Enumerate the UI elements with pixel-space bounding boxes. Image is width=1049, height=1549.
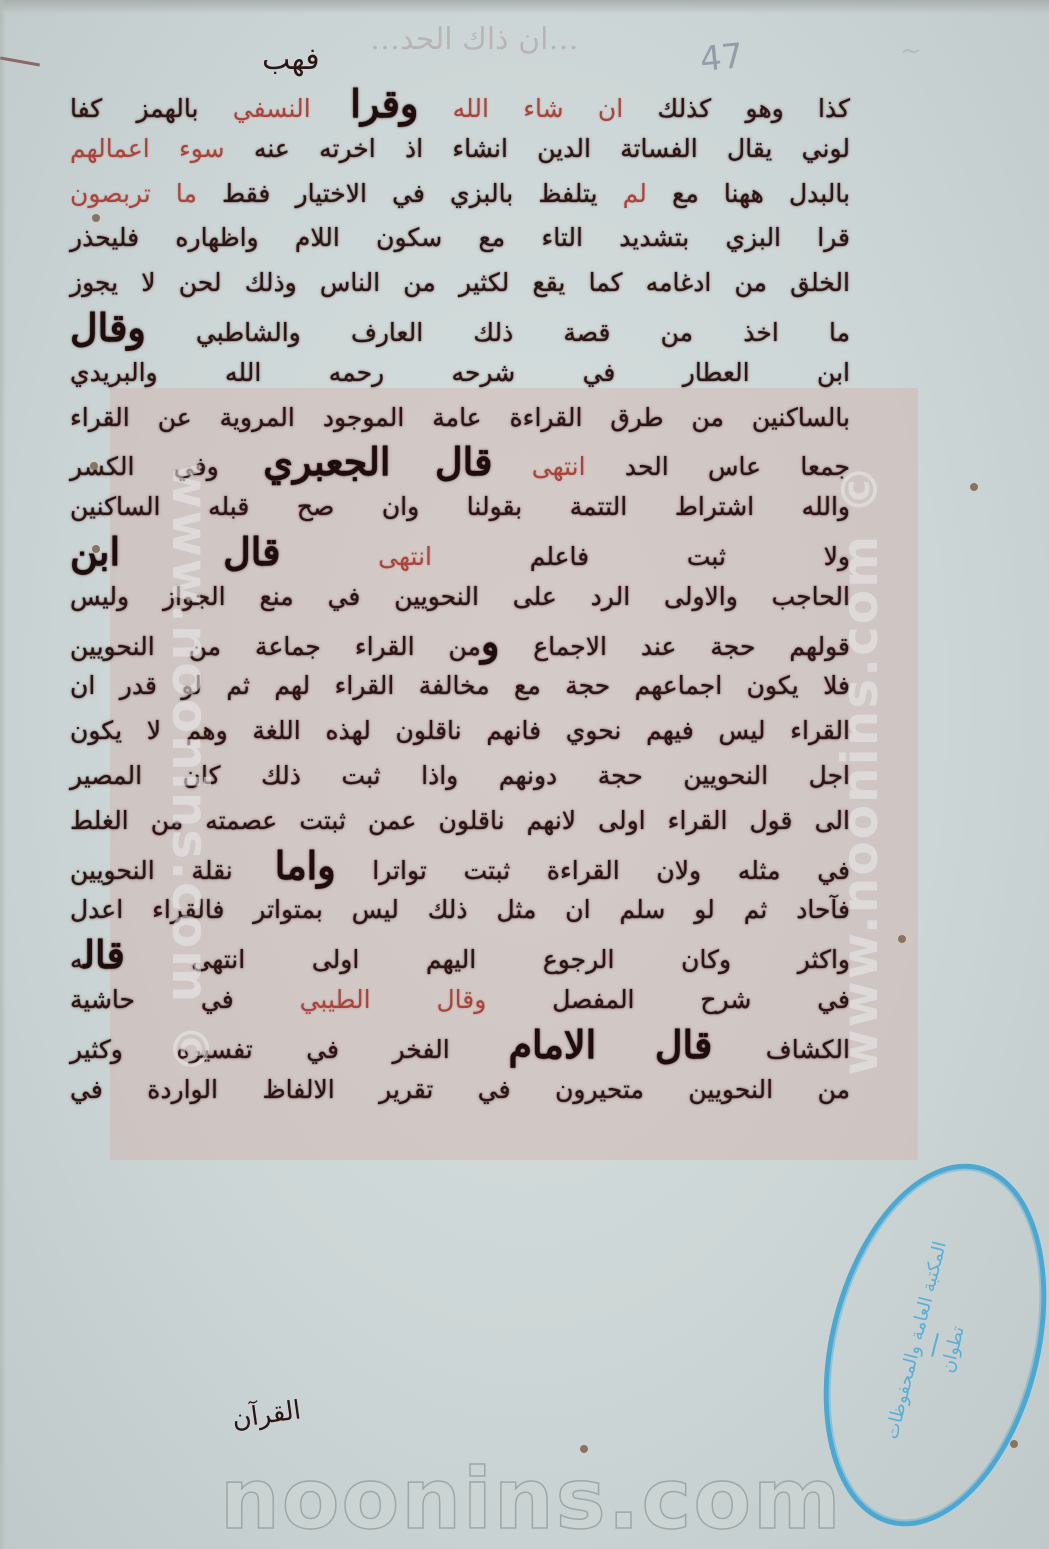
body-text: الخلق من ادغامه كما يقع لكثير من الناس و… xyxy=(70,268,850,297)
margin-ink-mark xyxy=(0,57,40,67)
body-text: قولهم حجة عند الاجماع xyxy=(499,632,850,661)
page-left-edge xyxy=(0,0,6,1549)
rubric-text: انتهى xyxy=(280,542,432,571)
stamp-line-2: تطوان xyxy=(937,1324,969,1375)
rubric-text: سوء اعمالهم xyxy=(70,134,225,163)
margin-dot xyxy=(92,545,100,553)
margin-dot xyxy=(1010,1440,1018,1448)
body-text: الكشاف xyxy=(712,1035,850,1064)
body-text: ما اخذ من قصة ذلك العارف والشاطبي xyxy=(146,318,850,347)
margin-dot xyxy=(898,935,906,943)
folio-number: 47 xyxy=(698,36,745,80)
manuscript-line: ابن العطار في شرحه رحمه الله والبريدي xyxy=(70,351,850,396)
manuscript-line: بالبدل ههنا مع لم يتلفظ بالبزي في الاختي… xyxy=(70,172,850,217)
margin-dot xyxy=(970,483,978,491)
manuscript-line: ما اخذ من قصة ذلك العارف والشاطبي وقال xyxy=(70,306,850,351)
faded-corner-mark: ~ xyxy=(900,36,922,66)
body-text: بالهمز كفا xyxy=(70,94,198,123)
watermark-bottom: noonins.com xyxy=(220,1450,843,1548)
rubric-text: ان شاء الله xyxy=(418,94,623,123)
catchword: القرآن xyxy=(230,1395,302,1434)
body-text: جمعا عاس الحد xyxy=(586,452,850,481)
body-text: ابن العطار في شرحه رحمه الله والبريدي xyxy=(70,358,850,387)
heading-word: واما xyxy=(233,843,336,888)
manuscript-page: …ان ذاك الحد… 47 ~ فهب كذا وهو كذلك ان ش… xyxy=(0,0,1049,1549)
stamp-divider xyxy=(931,1333,939,1357)
rubric-text: النسفي xyxy=(198,94,310,123)
margin-dot xyxy=(92,214,100,222)
heading-word: و xyxy=(481,619,499,664)
margin-dot xyxy=(580,1445,588,1453)
body-text: بالبدل ههنا مع xyxy=(647,179,850,208)
body-text: لوني يقال الفساتة الدين انشاء اذ اخرته ع… xyxy=(225,134,850,163)
body-text: واكثر وكان الرجوع اليهم اولى انتهى xyxy=(125,945,850,974)
heading-word: قال الجعبري xyxy=(219,439,493,484)
stamp-text: المكتبة العامة والمحفوظات تطوان xyxy=(865,1191,1005,1499)
rubric-text: لم xyxy=(597,179,646,208)
manuscript-line: قرا البزي بتشديد التاء مع سكون اللام واظ… xyxy=(70,216,850,261)
body-text: ه xyxy=(70,945,83,974)
heading-word: قال xyxy=(83,932,124,977)
body-text: في مثله ولان القراءة ثبتت تواترا xyxy=(336,856,850,885)
manuscript-line: الخلق من ادغامه كما يقع لكثير من الناس و… xyxy=(70,261,850,306)
rubric-text: وقال الطيبي xyxy=(234,985,487,1014)
margin-dot xyxy=(90,462,98,470)
body-text: كذا وهو كذلك xyxy=(623,94,850,123)
body-text: ولا ثبت فاعلم xyxy=(432,542,850,571)
body-text: يتلفظ بالبزي في الاختيار فقط xyxy=(197,179,598,208)
rubric-text: انتهى xyxy=(492,452,585,481)
body-text: الفخر في تفسيره وكثير xyxy=(70,1035,450,1064)
heading-word: قال الامام xyxy=(450,1022,713,1067)
top-catch-note: فهب xyxy=(262,42,320,77)
faded-top-text: …ان ذاك الحد… xyxy=(370,22,578,57)
stamp-line-1: المكتبة العامة والمحفوظات xyxy=(881,1239,951,1441)
watermark-vertical-left: www.noonins.com © xyxy=(161,399,219,1139)
page-top-edge xyxy=(0,0,1049,14)
watermark-vertical-right: www.noonins.com © xyxy=(831,399,889,1139)
manuscript-line: كذا وهو كذلك ان شاء الله وقرا النسفي بال… xyxy=(70,82,850,127)
body-text: من القراء جماعة من النحويين xyxy=(70,632,481,661)
manuscript-line: لوني يقال الفساتة الدين انشاء اذ اخرته ع… xyxy=(70,127,850,172)
body-text: في شرح المفصل xyxy=(486,985,850,1014)
rubric-text: ما تربصون xyxy=(70,179,197,208)
body-text: قرا البزي بتشديد التاء مع سكون اللام واظ… xyxy=(70,223,850,252)
heading-word: وقال xyxy=(70,305,146,350)
heading-word: وقرا xyxy=(311,81,419,126)
